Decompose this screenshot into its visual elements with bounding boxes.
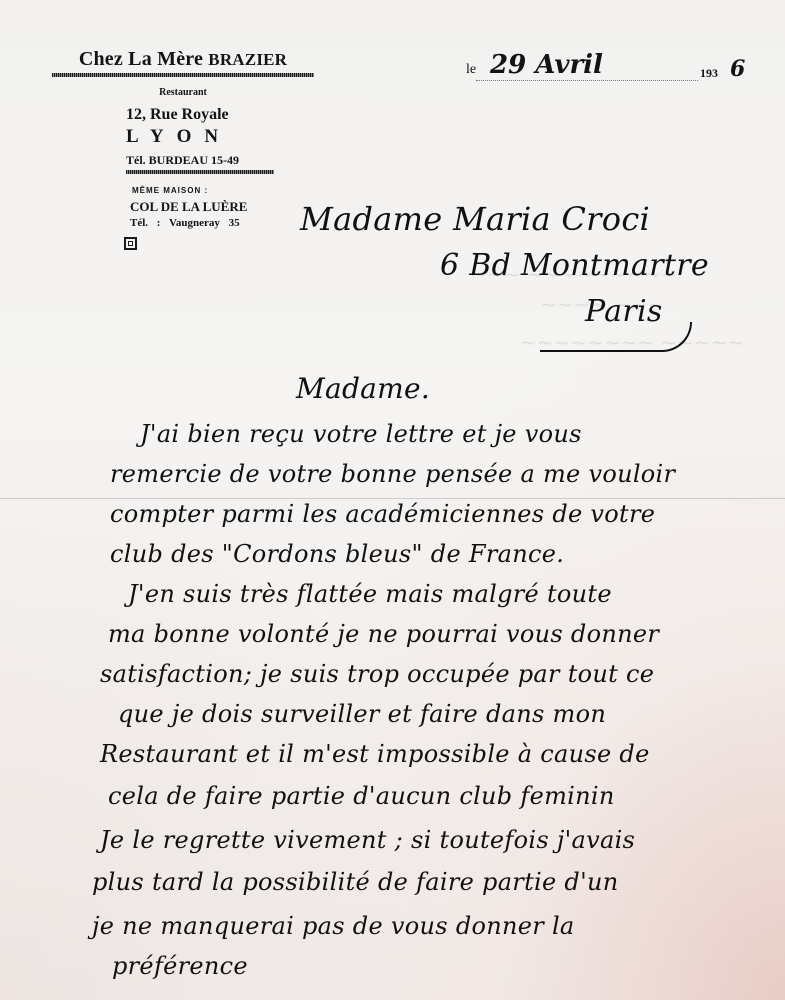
decorative-rule — [52, 73, 314, 77]
name-part: Mère — [157, 48, 208, 70]
body-line: J'ai bien reçu votre lettre et je vous — [140, 420, 582, 448]
restaurant-city: LYON — [126, 126, 318, 148]
same-house-label: MÊME MAISON : — [132, 186, 318, 195]
letterhead: Chez La Mère BRAZIER Restaurant 12, Rue … — [48, 48, 318, 254]
decorative-rule — [126, 170, 274, 174]
body-line: satisfaction; je suis trop occupée par t… — [100, 660, 654, 688]
body-line: Restaurant et il m'est impossible à caus… — [100, 740, 650, 768]
body-line: plus tard la possibilité de faire partie… — [92, 868, 619, 896]
body-line: compter parmi les académiciennes de votr… — [110, 500, 655, 528]
body-line: préférence — [112, 952, 248, 980]
body-line: remercie de votre bonne pensée a me voul… — [110, 460, 675, 488]
name-part: Chez — [79, 48, 128, 70]
branch-name: COL DE LA LUÈRE — [130, 199, 318, 215]
date-prefix: le — [466, 62, 476, 78]
recipient-street: 6 Bd Montmartre — [440, 248, 709, 283]
restaurant-name: Chez La Mère BRAZIER — [48, 48, 318, 71]
body-line: Je le regrette vivement ; si toutefois j… — [100, 826, 635, 854]
name-part: BRAZIER — [208, 50, 287, 69]
body-line: ma bonne volonté je ne pourrai vous donn… — [108, 620, 659, 648]
body-line: cela de faire partie d'aucun club femini… — [108, 782, 615, 810]
restaurant-phone: Tél. BURDEAU 15-49 — [126, 153, 318, 168]
body-line: J'en suis très flattée mais malgré toute — [128, 580, 612, 608]
body-line: club des "Cordons bleus" de France. — [110, 540, 564, 568]
restaurant-subtitle: Restaurant — [48, 87, 318, 98]
square-logo-icon — [124, 237, 137, 250]
body-line: je ne manquerai pas de vous donner la — [92, 912, 575, 940]
name-part: La — [128, 48, 157, 70]
body-line: que je dois surveiller et faire dans mon — [118, 700, 606, 728]
address-flourish — [540, 322, 692, 352]
recipient-name: Madame Maria Croci — [300, 200, 650, 238]
handwritten-year-digit: 6 — [730, 56, 745, 82]
paper-fold-line — [0, 498, 785, 499]
handwritten-date: 29 Avril — [490, 50, 603, 80]
branch-phone: Tél. : Vaugneray 35 — [130, 217, 318, 229]
date-line: le 29 Avril 193 6 — [462, 48, 772, 84]
date-dotted-line — [476, 80, 698, 81]
printed-year: 193 — [700, 66, 718, 81]
restaurant-address: 12, Rue Royale — [126, 106, 318, 124]
salutation: Madame. — [296, 372, 430, 405]
